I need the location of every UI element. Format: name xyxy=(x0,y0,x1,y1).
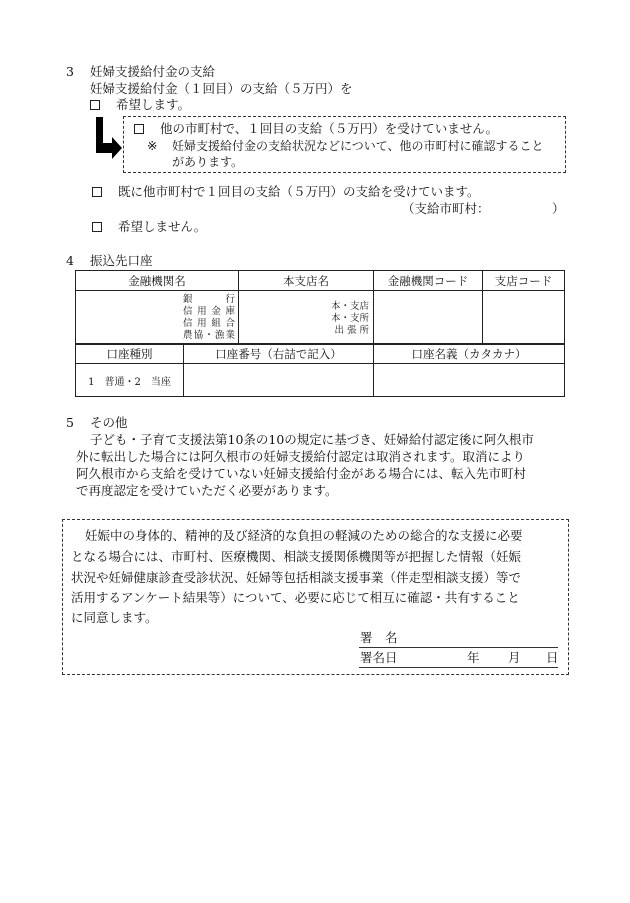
consent-line-2: となる場合には、市町村、医療機関、相談支援関係機関等が把握した情報（妊娠 xyxy=(71,551,521,564)
branch-type-agency: 出 張 所 xyxy=(239,325,369,337)
bank-type-credit-union: 信用組合 xyxy=(183,318,235,330)
branch-code-field[interactable] xyxy=(483,291,565,345)
header-account-holder: 口座名義（カタカナ） xyxy=(374,344,565,364)
date-underline xyxy=(359,667,558,668)
note-line-1: 妊婦支援給付金の支給状況などについて、他の市町村に確認すること xyxy=(172,140,544,152)
section-3-title: 妊婦支援給付金の支給 xyxy=(90,66,215,79)
header-account-type: 口座種別 xyxy=(76,344,184,364)
month-label: 月 xyxy=(508,652,521,665)
section-4-number: 4 xyxy=(66,255,74,268)
header-branch-code: 支店コード xyxy=(483,271,565,291)
checkbox-wish[interactable] xyxy=(90,100,100,110)
bank-type-list: 銀 行 信用金庫 信用組合 農協・漁業 xyxy=(183,293,238,342)
year-label: 年 xyxy=(467,652,480,665)
consent-line-3: 状況や妊婦健康診査受診状況、妊婦等包括相談支援事業（伴走型相談支援）等で xyxy=(71,572,521,585)
paying-municipality-label: （支給市町村： xyxy=(402,203,490,216)
option-not-received[interactable]: 他の市町村で、１回目の支給（５万円）を受けていません。 xyxy=(134,123,498,136)
signature-label: 署 名 xyxy=(360,632,398,645)
checkbox-no-wish[interactable] xyxy=(92,222,102,232)
header-account-number: 口座番号（右詰で記入） xyxy=(184,344,374,364)
option-already-received[interactable]: 既に他市町村で１回目の支給（５万円）の支給を受けています。 xyxy=(92,186,480,199)
arrow-down-right-icon xyxy=(93,117,123,159)
branch-type-list: 本・支店 本・支所 出 張 所 xyxy=(239,298,373,337)
branch-type-sub-office: 本・支所 xyxy=(239,313,369,325)
signature-underline xyxy=(359,647,558,648)
section-5-number: 5 xyxy=(66,417,74,430)
header-bank-code: 金融機関コード xyxy=(374,271,483,291)
paying-municipality-close: ） xyxy=(552,203,565,216)
checkbox-not-received[interactable] xyxy=(134,124,144,134)
signature-field[interactable] xyxy=(400,630,556,646)
section-5-para-line-2: 外に転出した場合には阿久根市の妊婦支援給付認定は取消されます。取消により xyxy=(76,451,525,464)
section-5-para-line-4: で再度認定を受けていただく必要があります。 xyxy=(76,485,338,498)
section-4-title: 振込先口座 xyxy=(90,255,153,268)
consent-line-5: に同意します。 xyxy=(71,612,158,625)
account-type-field[interactable]: 1 普通・2 当座 xyxy=(76,364,184,397)
bank-code-field[interactable] xyxy=(374,291,483,345)
option-wish-label: 希望します。 xyxy=(116,97,190,112)
branch-type-branch: 本・支店 xyxy=(239,301,369,313)
header-bank-name: 金融機関名 xyxy=(76,271,239,291)
bank-type-agri-fish: 農協・漁業 xyxy=(183,330,235,342)
note-mark: ※ xyxy=(147,140,157,153)
checkbox-already-received[interactable] xyxy=(92,187,102,197)
section-5-title: その他 xyxy=(90,417,128,430)
option-already-received-label: 既に他市町村で１回目の支給（５万円）の支給を受けています。 xyxy=(118,184,480,199)
section-3-number: 3 xyxy=(66,66,74,79)
bank-type-bank: 銀 行 xyxy=(183,294,235,306)
date-label: 署名日 xyxy=(360,652,398,665)
option-not-received-label: 他の市町村で、１回目の支給（５万円）を受けていません。 xyxy=(160,121,498,136)
branch-name-field[interactable]: 本・支店 本・支所 出 張 所 xyxy=(239,291,374,345)
account-holder-field[interactable] xyxy=(374,364,565,397)
note-line-2: があります。 xyxy=(172,156,243,168)
section-3-lead: 妊婦支援給付金（１回目）の支給（５万円）を xyxy=(90,83,353,96)
section-5-para-line-3: 阿久根市から支給を受けていない妊婦支援給付金がある場合には、転入先市町村 xyxy=(76,468,526,481)
day-label: 日 xyxy=(546,652,559,665)
bank-info-table: 金融機関名 本支店名 金融機関コード 支店コード 銀 行 信用金庫 信用組合 農… xyxy=(75,270,565,345)
section-5-para-line-1: 子ども・子育て支援法第10条の10の規定に基づき、妊婦給付認定後に阿久根市 xyxy=(90,434,534,447)
consent-line-4: 活用するアンケート結果等）について、必要に応じて相互に確認・共有すること xyxy=(71,592,520,605)
header-branch-name: 本支店名 xyxy=(239,271,374,291)
option-no-wish-label: 希望しません。 xyxy=(118,219,206,234)
paying-municipality-field[interactable] xyxy=(490,203,550,216)
account-info-table: 口座種別 口座番号（右詰で記入） 口座名義（カタカナ） 1 普通・2 当座 xyxy=(75,343,565,397)
option-wish[interactable]: 希望します。 xyxy=(90,99,190,112)
consent-line-1: 妊娠中の身体的、精神的及び経済的な負担の軽減のための総合的な支援に必要 xyxy=(85,530,523,543)
option-no-wish[interactable]: 希望しません。 xyxy=(92,221,206,234)
account-number-field[interactable] xyxy=(184,364,374,397)
bank-name-field[interactable]: 銀 行 信用金庫 信用組合 農協・漁業 xyxy=(76,291,239,345)
bank-type-shinkin: 信用金庫 xyxy=(183,306,235,318)
